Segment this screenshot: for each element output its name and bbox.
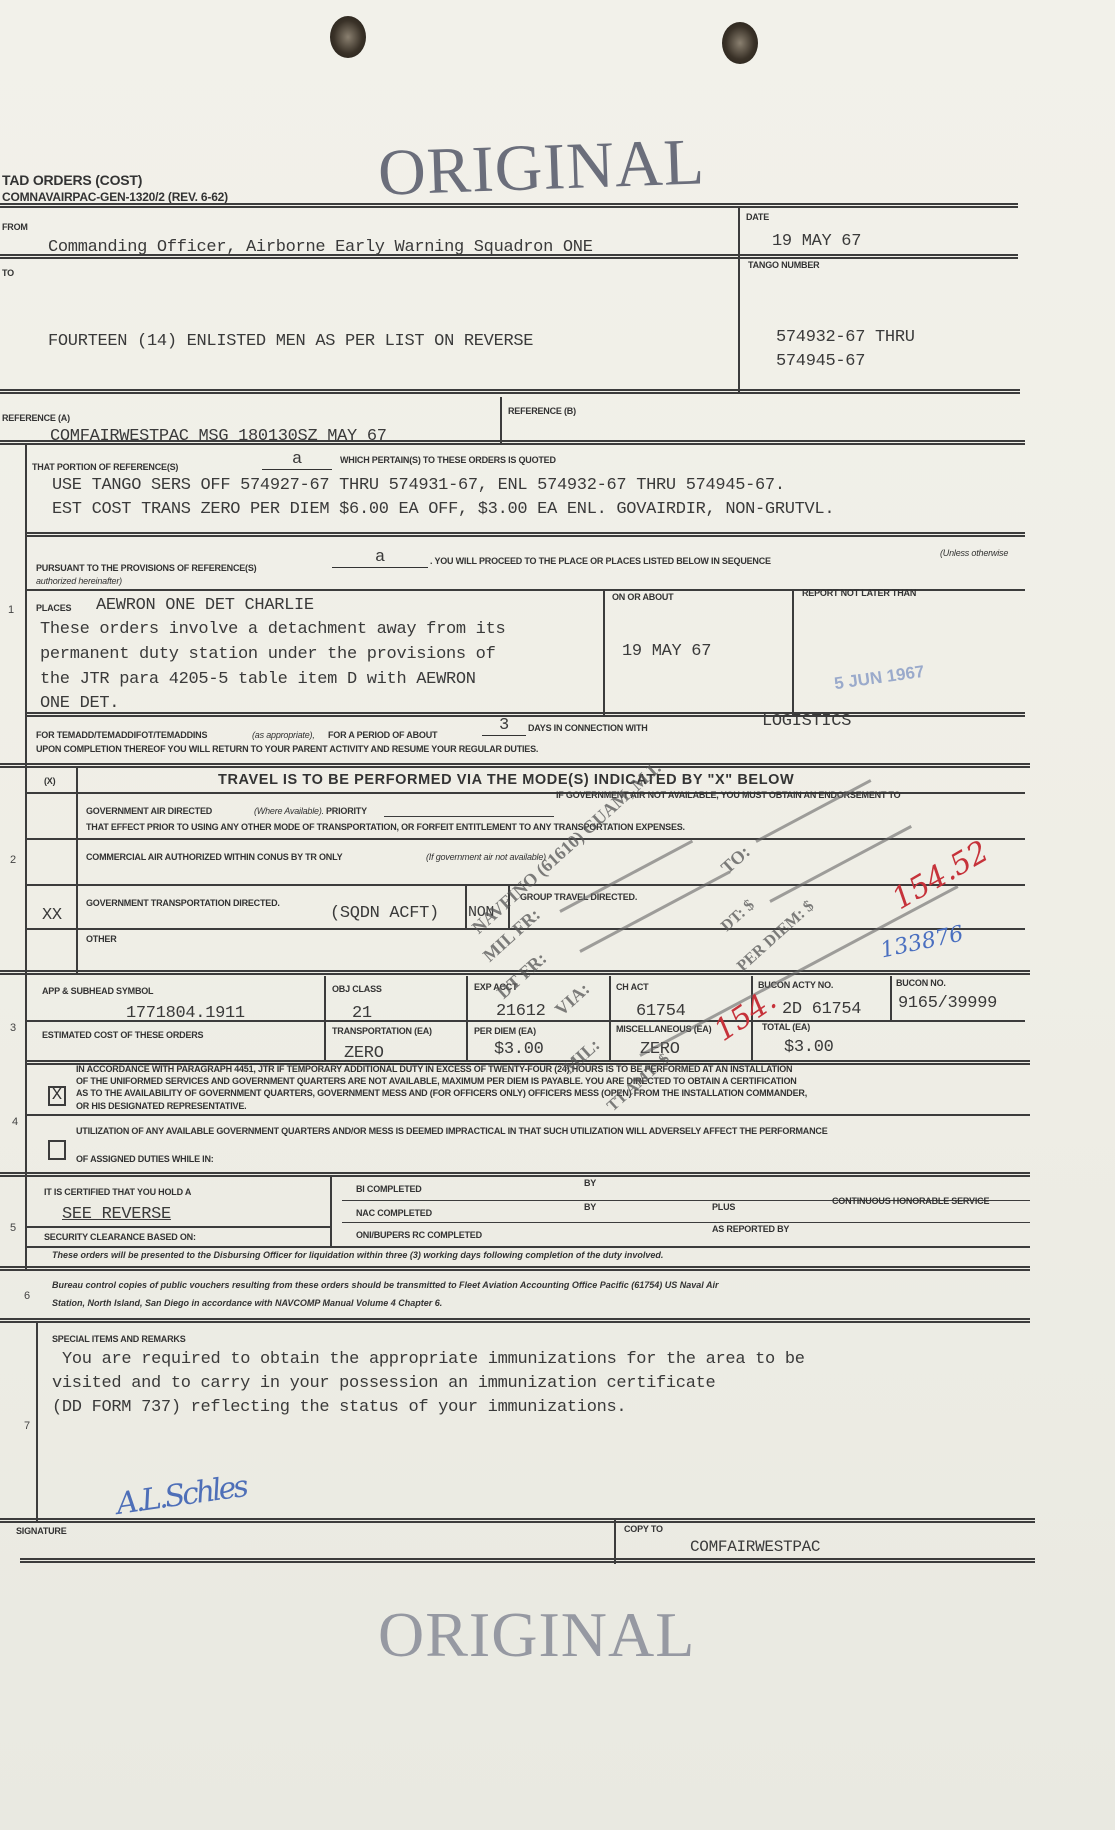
ch-act-value: 61754 (636, 1002, 686, 1021)
total-value: $3.00 (784, 1038, 834, 1057)
pursuant-note2: authorized hereinafter) (36, 576, 122, 586)
exp-acct-value: 21612 (496, 1002, 546, 1021)
handwritten-red-amount: 154.52 (886, 834, 994, 917)
temadd-days: 3 (482, 716, 526, 736)
tango-line2: 574945-67 (776, 352, 865, 371)
stamp-line (579, 870, 731, 952)
on-or-about-label: ON OR ABOUT (612, 592, 673, 602)
quoted-label-post: WHICH PERTAIN(S) TO THESE ORDERS IS QUOT… (340, 455, 556, 465)
temadd-label-post: DAYS IN CONNECTION WITH (528, 723, 648, 733)
divider (25, 838, 1025, 840)
pursuant-note: (Unless otherwise (940, 548, 1008, 558)
divider (738, 206, 740, 394)
bi-by-label: BY (584, 1178, 596, 1188)
divider (76, 768, 78, 973)
copy-to-value: COMFAIRWESTPAC (690, 1538, 820, 1556)
quoted-label-pre: THAT PORTION OF REFERENCE(S) (32, 462, 178, 472)
divider (0, 203, 1018, 208)
temadd-label-mid: FOR A PERIOD OF ABOUT (328, 730, 437, 740)
bucon-no-label: BUCON NO. (896, 978, 946, 988)
divider (0, 1318, 1030, 1323)
commercial-label: COMMERCIAL AIR AUTHORIZED WITHIN CONUS B… (86, 852, 342, 862)
para-4451-line-2: OF THE UNIFORMED SERVICES AND GOVERNMENT… (76, 1076, 797, 1086)
total-label: TOTAL (ea) (762, 1022, 810, 1032)
divider (609, 976, 611, 1062)
row-number-7: 7 (24, 1420, 30, 1432)
temadd-line2: UPON COMPLETION THEREOF YOU WILL RETURN … (36, 744, 538, 754)
commercial-note: (If government air not available) (426, 852, 546, 862)
divider (603, 589, 605, 717)
divider (0, 1172, 1030, 1177)
on-or-about-value: 19 MAY 67 (622, 642, 711, 661)
quoted-line1: USE TANGO SERS OFF 574927-67 THRU 574931… (52, 476, 785, 495)
row-number-3: 3 (10, 1022, 16, 1034)
clearance-label: SECURITY CLEARANCE BASED ON: (44, 1232, 196, 1242)
bureau-line-1: Bureau control copies of public vouchers… (52, 1280, 718, 1290)
divider (36, 1322, 38, 1522)
to-label: TO (2, 268, 14, 278)
divider (324, 976, 326, 1062)
app-subhead-label: APP & SUBHEAD SYMBOL (42, 986, 153, 996)
form-title: TAD ORDERS (Cost) (2, 172, 142, 188)
signature-label: SIGNATURE (16, 1526, 67, 1536)
certified-value: SEE REVERSE (62, 1205, 171, 1224)
certified-label: IT IS CERTIFIED THAT YOU HOLD A (44, 1187, 191, 1197)
reference-b-label: REFERENCE (b) (508, 406, 576, 416)
divider (25, 532, 1025, 537)
divider (0, 254, 1018, 259)
special-remarks-label: SPECIAL ITEMS AND REMARKS (52, 1334, 186, 1344)
plus-label: PLUS (712, 1202, 735, 1212)
tango-label: TANGO NUMBER (748, 260, 819, 270)
gov-transport-label: GOVERNMENT TRANSPORTATION DIRECTED. (86, 898, 280, 908)
estimated-cost-label: ESTIMATED COST OF THESE ORDERS (42, 1030, 203, 1040)
row-number-6: 6 (24, 1290, 30, 1302)
form-id: COMNAVAIRPAC-GEN-1320/2 (REV. 6-62) (2, 190, 228, 204)
pursuant-label-pre: PURSUANT TO THE PROVISIONS OF REFERENCE(… (36, 563, 256, 573)
divider (890, 976, 892, 1020)
oni-bupers-label: ONI/BUPERS RC COMPLETED (356, 1230, 482, 1240)
ch-act-label: CH ACT (616, 982, 648, 992)
para-4451-line-4: OR HIS DESIGNATED REPRESENTATIVE. (76, 1101, 246, 1111)
divider (342, 1222, 1030, 1223)
handwritten-red-amount-2: 154. (708, 982, 783, 1048)
quoted-line2: EST COST TRANS ZERO PER DIEM $6.00 EA OF… (52, 500, 834, 519)
temadd-label-pre: FOR TEMADD/TEMADDIFOT/TEMADDINS (36, 730, 207, 740)
original-stamp-top: ORIGINAL (377, 124, 706, 211)
remarks-line-3: (DD FORM 737) reflecting the status of y… (52, 1398, 626, 1417)
temadd-label-note: (as appropriate), (252, 730, 315, 740)
divider (466, 976, 468, 1062)
row-number-4: 4 (12, 1116, 18, 1128)
obj-class-label: OBJ CLASS (332, 984, 382, 994)
gov-air-line1-note: (Where Available). (254, 806, 324, 816)
per-diem-value: $3.00 (494, 1040, 544, 1059)
to-value: FOURTEEN (14) ENLISTED MEN AS PER LIST O… (48, 332, 533, 351)
divider (465, 884, 467, 928)
divider (330, 1176, 332, 1248)
bureau-line-2: Station, North Island, San Diego in acco… (52, 1298, 442, 1308)
travel-x-header: (X) (44, 776, 55, 786)
gov-transport-mark: XX (42, 906, 62, 925)
row-number-1: 1 (8, 604, 14, 616)
other-label: OTHER (86, 934, 117, 944)
utilization-line-2: OF ASSIGNED DUTIES WHILE IN: (76, 1154, 214, 1164)
pursuant-label-post: . YOU WILL PROCEED TO THE PLACE OR PLACE… (430, 556, 771, 566)
para-4451-checkbox[interactable]: X (48, 1086, 66, 1106)
signature-scrawl: A.L.Schles (114, 1469, 248, 1522)
pursuant-ref: a (332, 548, 428, 568)
quoted-ref: a (262, 450, 332, 470)
places-label: PLACES (36, 603, 71, 613)
temadd-purpose: LOGISTICS (762, 712, 851, 731)
divider (0, 1518, 1035, 1523)
divider (25, 1020, 1025, 1022)
utilization-checkbox[interactable] (48, 1140, 66, 1160)
navfino-stamp-via: VIA: (551, 979, 594, 1021)
row-number-2: 2 (10, 854, 16, 866)
original-stamp-bottom: ORIGINAL (378, 1598, 695, 1672)
divider (0, 440, 1025, 445)
gov-air-line1-mid: PRIORITY (326, 806, 367, 816)
date-value: 19 MAY 67 (772, 232, 861, 251)
bi-completed-label: BI COMPLETED (356, 1184, 422, 1194)
divider (792, 589, 794, 717)
bucon-acty-value: 2D 61754 (782, 1000, 861, 1019)
divider (0, 1266, 1030, 1271)
gov-transport-value: (SQDN ACFT) (330, 904, 439, 923)
para-4451-line-1: IN ACCORDANCE WITH PARAGRAPH 4451, JTR I… (76, 1064, 792, 1074)
tad-orders-document: ORIGINAL TAD ORDERS (Cost) COMNAVAIRPAC-… (0, 0, 1115, 1830)
remarks-line-2: visited and to carry in your possession … (52, 1374, 715, 1393)
places-line-3: the JTR para 4205-5 table item D with AE… (40, 670, 476, 689)
places-line-4: ONE DET. (40, 694, 119, 713)
date-label: DATE (746, 212, 769, 222)
divider (25, 445, 27, 1270)
hole-punch-left (330, 16, 366, 58)
hole-punch-right (722, 22, 758, 64)
divider (25, 1114, 1030, 1116)
tango-line1: 574932-67 THRU (776, 328, 915, 347)
received-date-stamp: 5 JUN 1967 (833, 662, 926, 694)
places-line-2: permanent duty station under the provisi… (40, 645, 495, 664)
divider (20, 1558, 1035, 1563)
priority-blank (384, 816, 554, 817)
places-line-1: These orders involve a detachment away f… (40, 620, 505, 639)
transportation-label: TRANSPORTATION (ea) (332, 1026, 432, 1036)
disbursing-note: These orders will be presented to the Di… (52, 1250, 663, 1260)
divider (25, 1246, 1030, 1248)
gov-air-line1-pre: GOVERNMENT AIR DIRECTED (86, 806, 212, 816)
from-label: FROM (2, 222, 28, 232)
stamp-line (755, 779, 871, 843)
nac-by-label: BY (584, 1202, 596, 1212)
reference-a-label: REFERENCE (a) (2, 413, 70, 423)
continuous-service-label: CONTINUOUS HONORABLE SERVICE (832, 1196, 989, 1206)
remarks-line-1: You are required to obtain the appropria… (62, 1350, 805, 1369)
per-diem-label: PER DIEM (ea) (474, 1026, 536, 1036)
report-not-later-label: REPORT NOT LATER THAN (802, 588, 916, 598)
places-value: AEWRON ONE DET CHARLIE (96, 596, 314, 615)
divider (25, 1226, 330, 1228)
divider (0, 763, 1030, 768)
bucon-no-value: 9165/39999 (898, 994, 997, 1013)
copy-to-label: COPY TO (624, 1524, 663, 1534)
utilization-line-1: UTILIZATION OF ANY AVAILABLE GOVERNMENT … (76, 1126, 828, 1136)
para-4451-line-3: AS TO THE AVAILABILITY OF GOVERNMENT QUA… (76, 1088, 807, 1098)
travel-header: TRAVEL IS TO BE PERFORMED VIA THE MODE(S… (218, 772, 794, 788)
divider (500, 397, 502, 445)
nac-completed-label: NAC COMPLETED (356, 1208, 432, 1218)
divider (0, 389, 1020, 394)
reported-by-label: AS REPORTED BY (712, 1224, 789, 1234)
row-number-5: 5 (10, 1222, 16, 1234)
